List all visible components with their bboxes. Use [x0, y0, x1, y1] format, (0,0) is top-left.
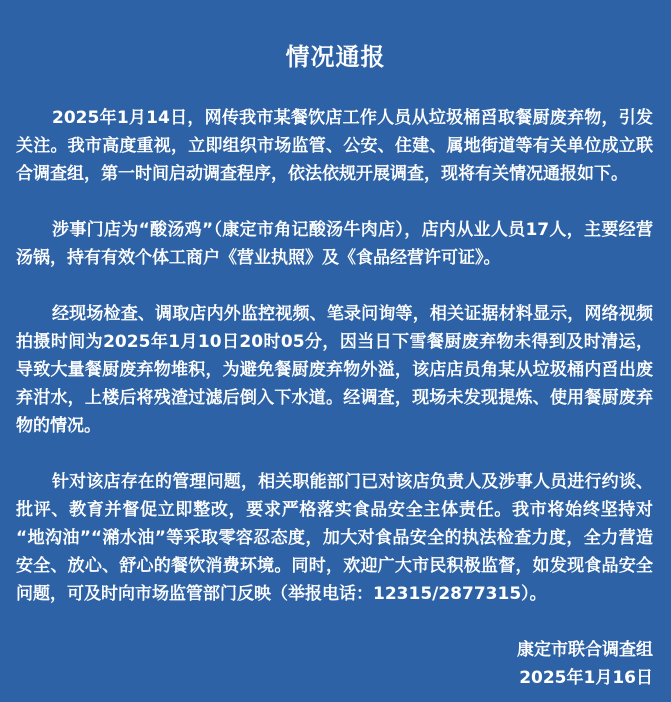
notice-paragraph-investigation-findings: 经现场检查、调取店内外监控视频、笔录问询等，相关证据材料显示，网络视频拍摄时间为…: [16, 300, 653, 440]
notice-body: 2025年1月14日，网传我市某餐饮店工作人员从垃圾桶舀取餐厨废弃物，引发关注。…: [0, 104, 671, 692]
notice-paragraph-store-info: 涉事门店为“酸汤鸡”（康定市角记酸汤牛肉店），店内从业人员17人，主要经营汤锅，…: [16, 216, 653, 272]
notice-paragraph-actions-taken: 针对该店存在的管理问题，相关职能部门已对该店负责人及涉事人员进行约谈、批评、教育…: [16, 468, 653, 608]
signature-date: 2025年1月16日: [16, 664, 653, 692]
notice-title: 情况通报: [0, 0, 671, 70]
notice-signature: 康定市联合调查组 2025年1月16日: [16, 636, 653, 692]
signature-org: 康定市联合调查组: [16, 636, 653, 664]
notice-paragraph-intro: 2025年1月14日，网传我市某餐饮店工作人员从垃圾桶舀取餐厨废弃物，引发关注。…: [16, 104, 653, 188]
notice-page: 情况通报 2025年1月14日，网传我市某餐饮店工作人员从垃圾桶舀取餐厨废弃物，…: [0, 0, 671, 702]
